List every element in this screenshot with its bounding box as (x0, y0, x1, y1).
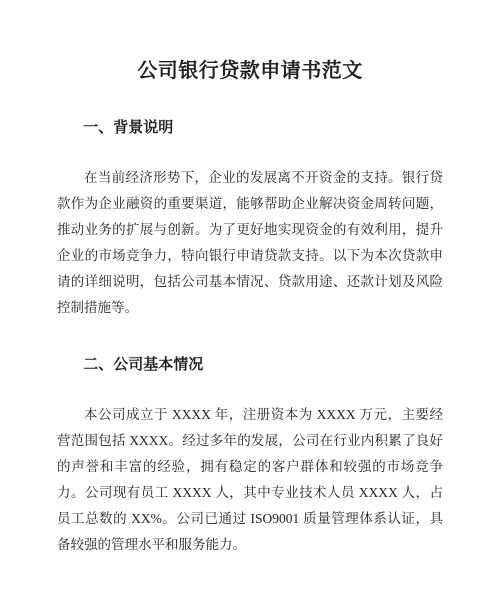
paragraph-company-profile: 本公司成立于 XXXX 年，注册资本为 XXXX 万元，主要经营范围包括 XXX… (57, 402, 443, 558)
section-heading-background: 一、背景说明 (57, 118, 443, 138)
document-page: 公司银行贷款申请书范文 一、背景说明 在当前经济形势下，企业的发展离不开资金的支… (0, 0, 500, 597)
section-company-profile: 二、公司基本情况 本公司成立于 XXXX 年，注册资本为 XXXX 万元，主要经… (57, 355, 443, 558)
section-background: 一、背景说明 在当前经济形势下，企业的发展离不开资金的支持。银行贷款作为企业融资… (57, 118, 443, 321)
paragraph-background: 在当前经济形势下，企业的发展离不开资金的支持。银行贷款作为企业融资的重要渠道，能… (57, 165, 443, 321)
document-title: 公司银行贷款申请书范文 (57, 58, 443, 84)
section-heading-company-profile: 二、公司基本情况 (57, 355, 443, 375)
